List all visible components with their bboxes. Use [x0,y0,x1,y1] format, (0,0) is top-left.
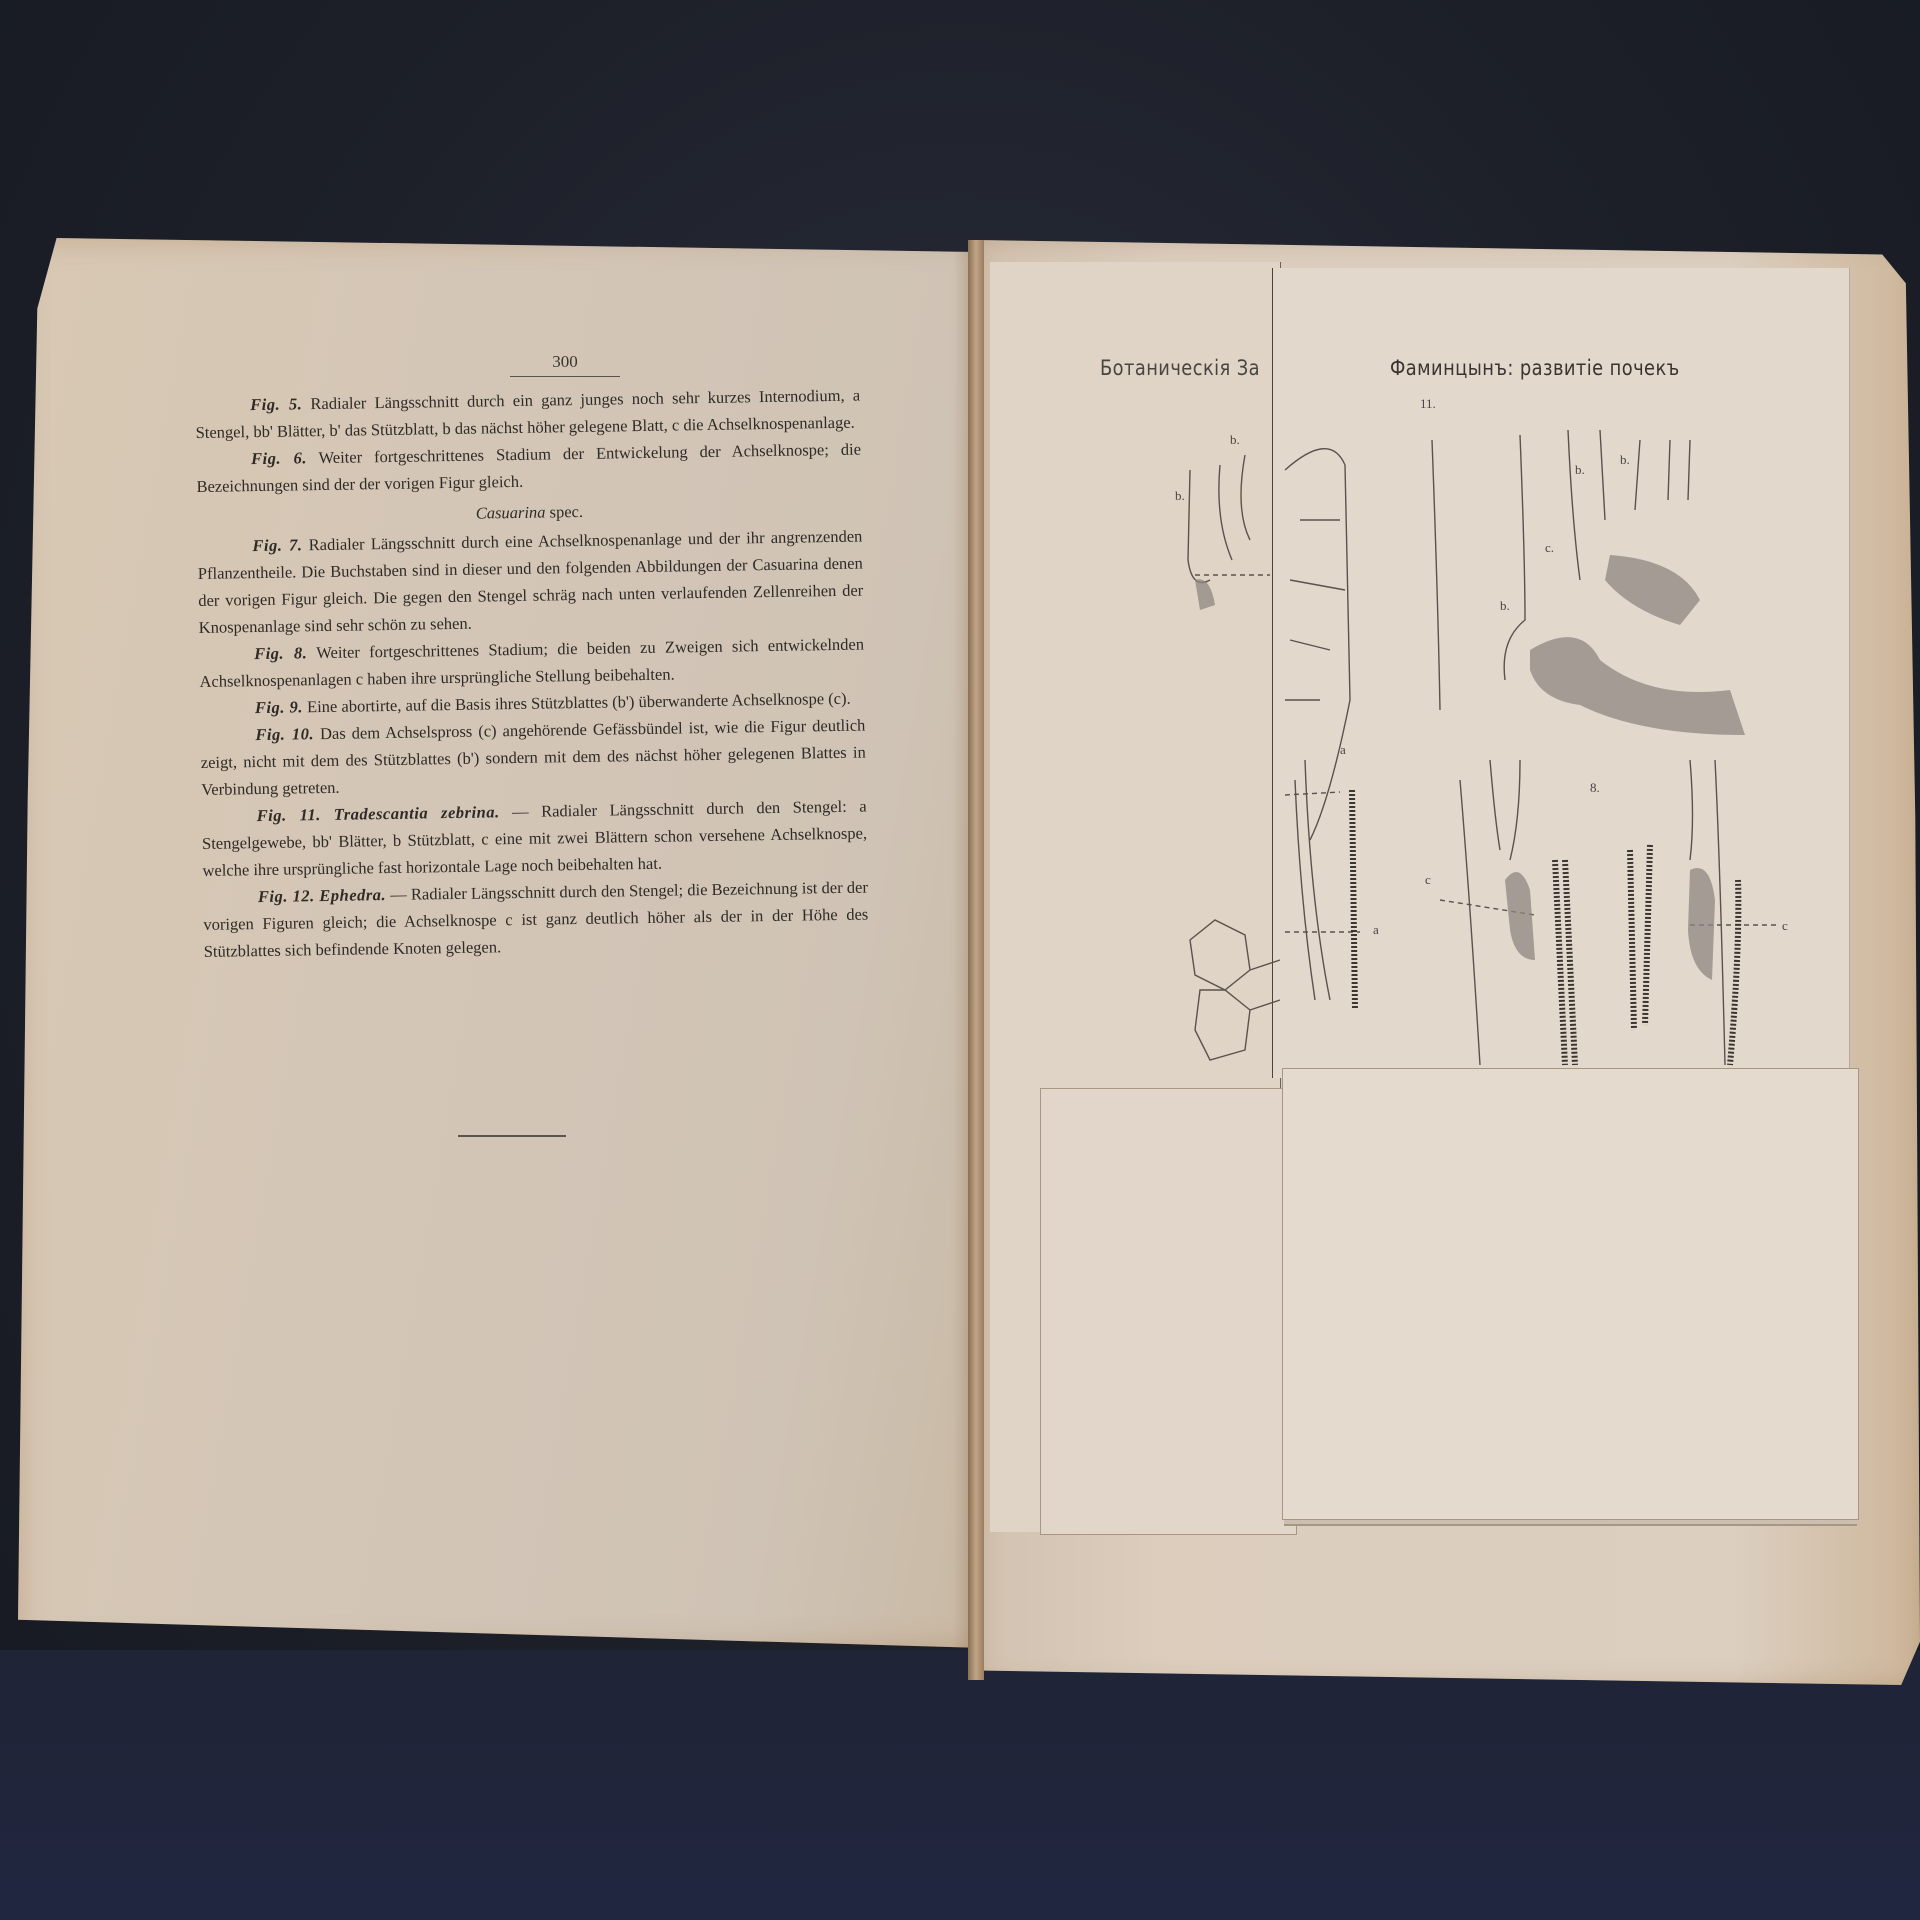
label-b-fig11-top: b. [1575,462,1585,478]
label-a-upper: a [1340,742,1346,758]
label-b-fig11: b. [1500,598,1510,614]
label-b: b. [1175,488,1185,504]
label-c-fig11: c. [1545,540,1554,556]
label-c-fig8-right: c [1782,918,1788,934]
botanical-illustrations [0,0,1920,1920]
label-c-fig8-left: c [1425,872,1431,888]
figure-number-8: 8. [1590,780,1600,796]
label-a-lower: a [1373,922,1379,938]
figure-number-11: 11. [1420,396,1436,412]
label-b-fig11-right: b. [1620,452,1630,468]
label-b-upper: b. [1230,432,1240,448]
